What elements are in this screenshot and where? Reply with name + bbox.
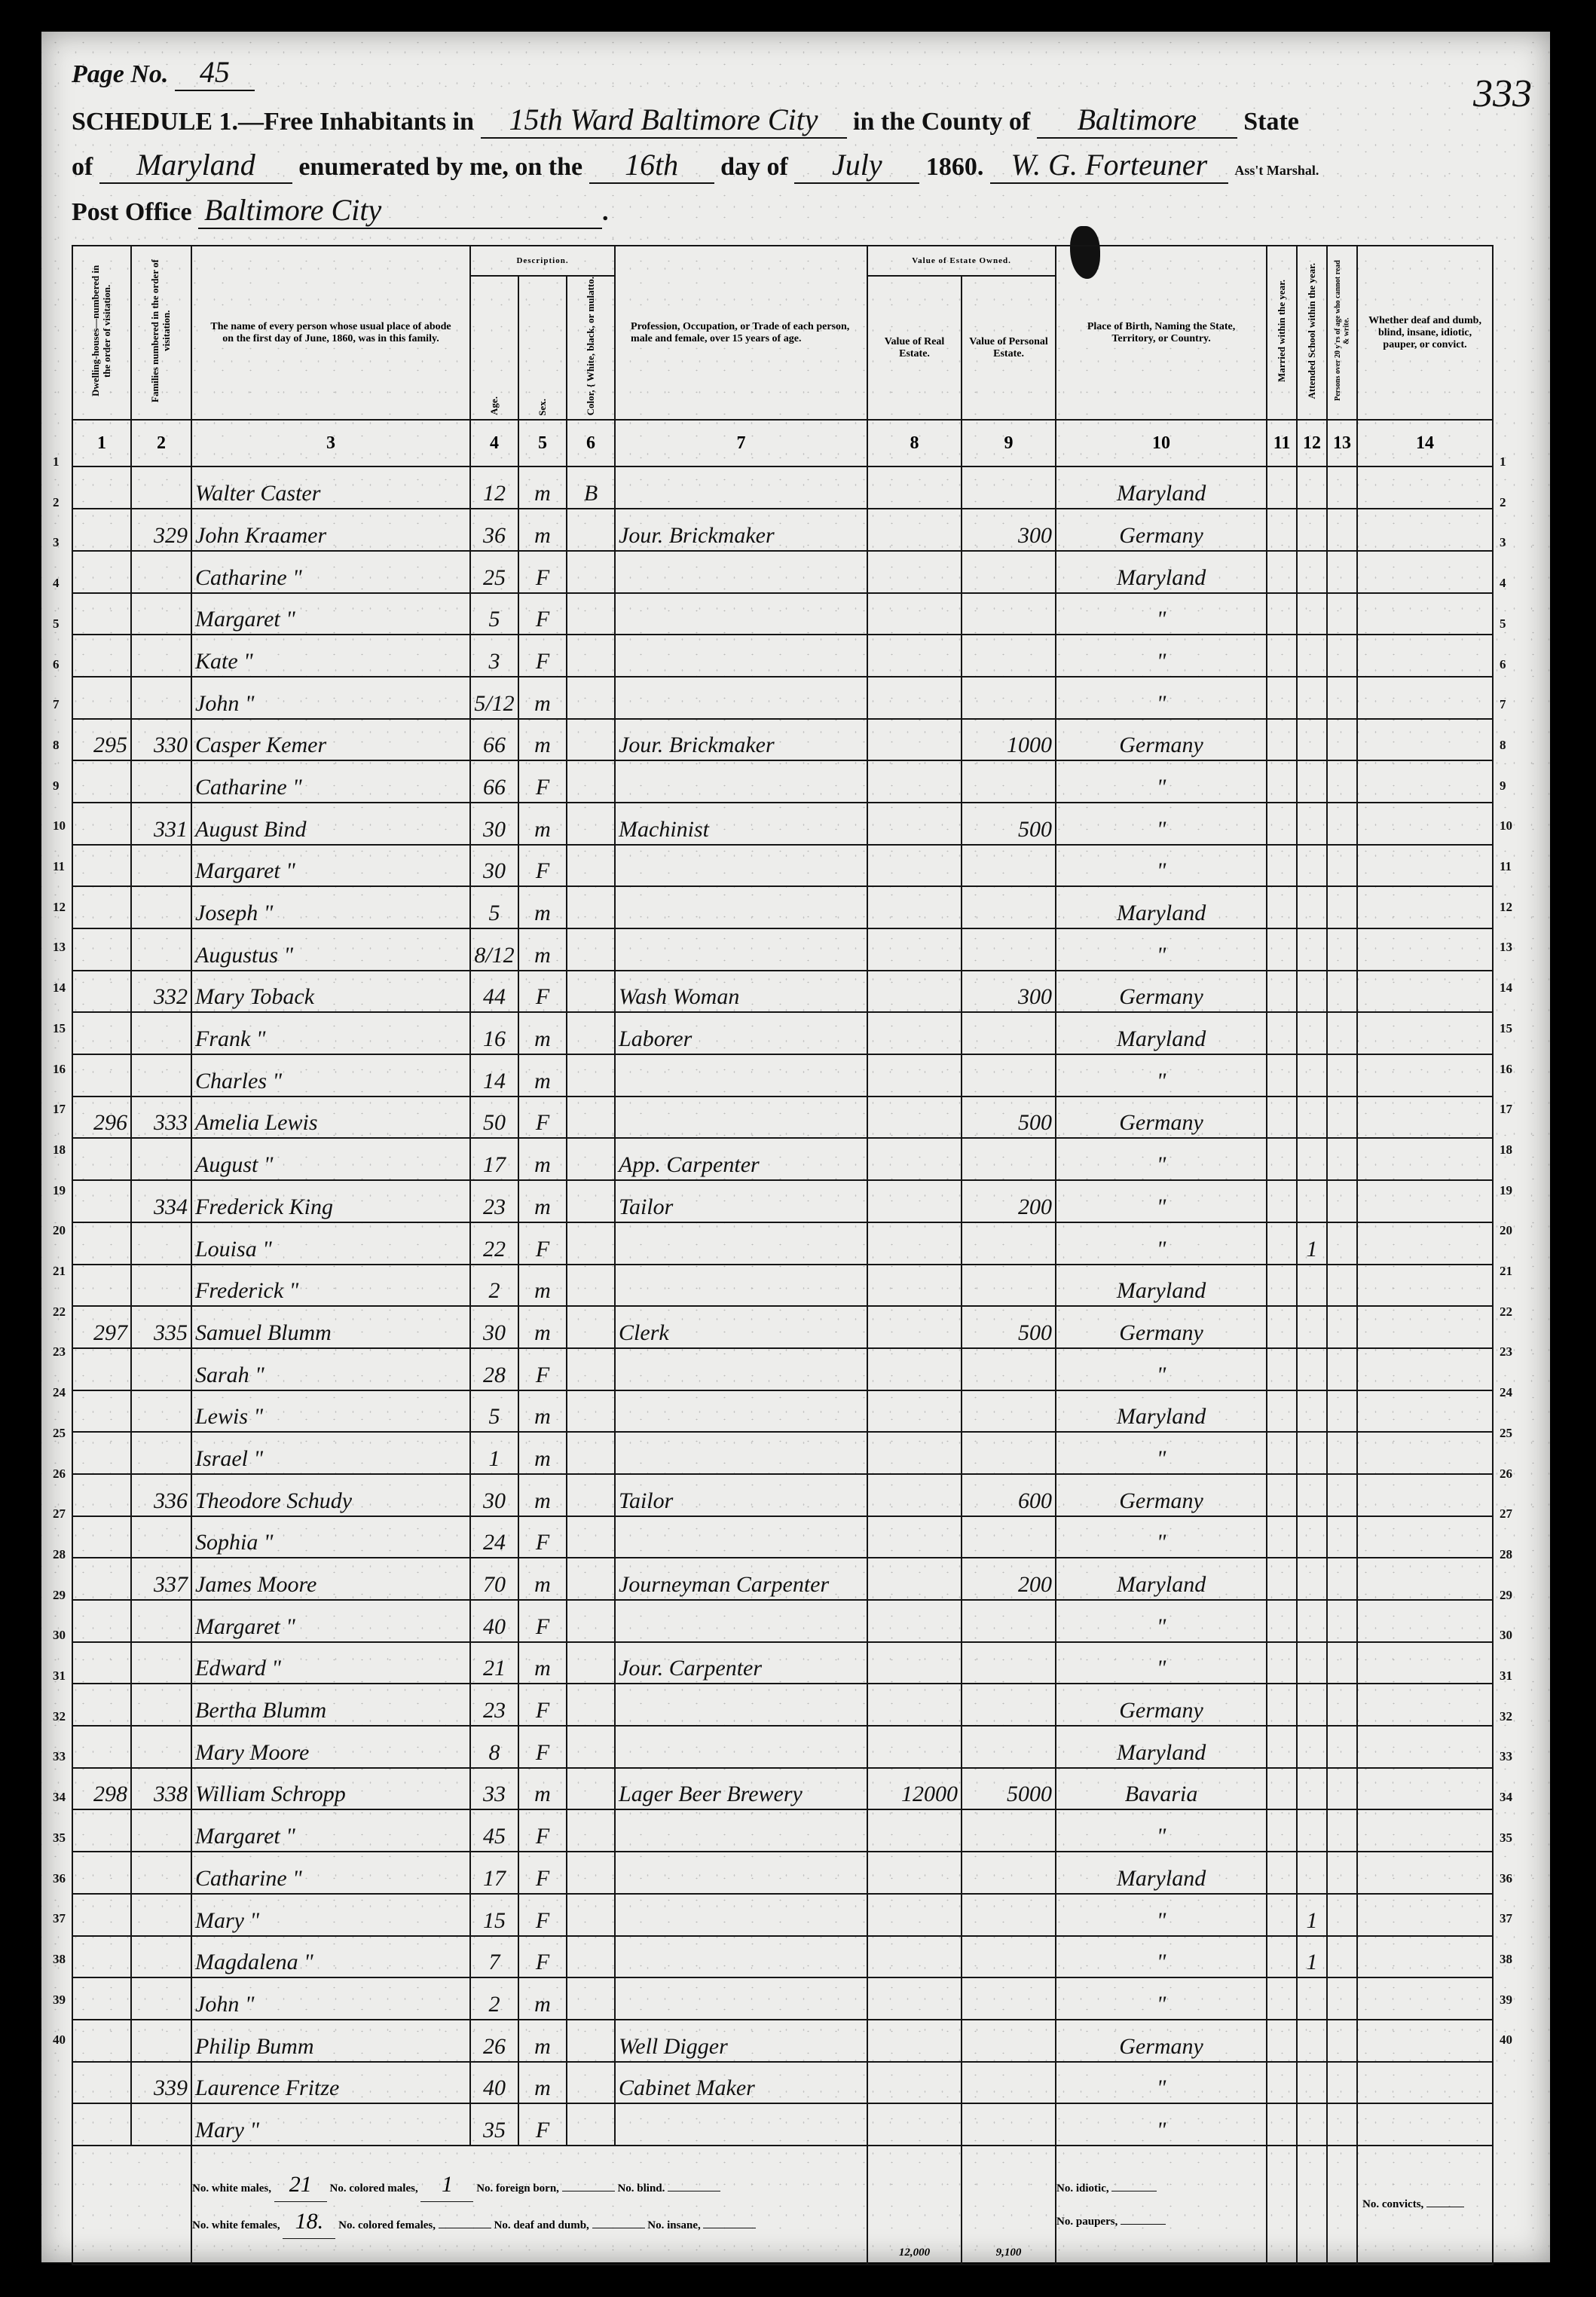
line-number-right: 14 (1500, 980, 1512, 996)
real-estate-value-cell (867, 719, 962, 761)
person-name-cell: Augustus " (191, 928, 470, 971)
occupation-cell: Jour. Brickmaker (615, 509, 867, 551)
dwelling-number-cell (72, 466, 131, 509)
line-number-right: 16 (1500, 1062, 1512, 1077)
line-number-right: 3 (1500, 535, 1506, 550)
married-within-year-cell (1267, 1054, 1297, 1097)
line-number-left: 6 (53, 657, 60, 672)
post-office-label: Post Office (72, 198, 192, 226)
family-number-cell (131, 2020, 191, 2062)
real-estate-value-cell (867, 466, 962, 509)
cannot-read-write-cell (1327, 2020, 1357, 2062)
white-males-count: 21 (274, 2168, 327, 2202)
attended-school-cell (1297, 635, 1327, 677)
col-number: 3 (191, 420, 470, 466)
sex-cell: F (518, 551, 567, 593)
birthplace-cell: Germany (1056, 1097, 1267, 1139)
real-estate-value-cell (867, 509, 962, 551)
col-number: 2 (131, 420, 191, 466)
personal-estate-value-cell (962, 886, 1056, 928)
real-estate-value-cell (867, 2020, 962, 2062)
condition-cell (1357, 1684, 1493, 1726)
birthplace-cell: " (1056, 1516, 1267, 1558)
census-table: Dwelling-houses—numbered in the order of… (72, 245, 1494, 2265)
line-number-left: 9 (53, 778, 60, 794)
state-field: Maryland (99, 147, 292, 184)
person-name-cell: Magdalena " (191, 1936, 470, 1978)
personal-estate-value-cell (962, 1684, 1056, 1726)
table-row: Louisa "22F"1 (72, 1222, 1493, 1265)
family-number-cell (131, 1054, 191, 1097)
color-cell (567, 551, 615, 593)
occupation-cell (615, 1600, 867, 1642)
attended-school-cell (1297, 677, 1327, 719)
family-number-cell: 329 (131, 509, 191, 551)
sex-cell: m (518, 1977, 567, 2020)
person-name-cell: Catharine " (191, 551, 470, 593)
table-row: Bertha Blumm23FGermany (72, 1684, 1493, 1726)
table-row: Joseph "5mMaryland (72, 886, 1493, 928)
birthplace-cell: Germany (1056, 1306, 1267, 1348)
family-number-cell (131, 635, 191, 677)
sex-cell: F (518, 1936, 567, 1978)
married-within-year-cell (1267, 886, 1297, 928)
married-within-year-cell (1267, 971, 1297, 1013)
county-field: Baltimore (1037, 102, 1237, 139)
col-number: 13 (1327, 420, 1357, 466)
family-number-cell (131, 1390, 191, 1433)
person-name-cell: Mary Moore (191, 1726, 470, 1768)
personal-estate-value-cell (962, 1348, 1056, 1390)
real-estate-value-cell (867, 1684, 962, 1726)
dwelling-number-cell (72, 1348, 131, 1390)
line-number-right: 32 (1500, 1709, 1512, 1724)
condition-cell (1357, 677, 1493, 719)
line-number-left: 5 (53, 616, 60, 632)
attended-school-cell (1297, 1306, 1327, 1348)
attended-school-cell: 1 (1297, 1894, 1327, 1936)
age-cell: 36 (470, 509, 518, 551)
age-cell: 16 (470, 1012, 518, 1054)
condition-cell (1357, 1390, 1493, 1433)
color-cell (567, 971, 615, 1013)
real-estate-value-cell (867, 760, 962, 803)
age-cell: 28 (470, 1348, 518, 1390)
line-number-right: 17 (1500, 1102, 1512, 1117)
age-cell: 30 (470, 845, 518, 887)
personal-estate-value-cell (962, 1600, 1056, 1642)
sex-cell: F (518, 1222, 567, 1265)
white-females-count: 18. (283, 2205, 335, 2239)
married-within-year-cell (1267, 466, 1297, 509)
condition-cell (1357, 1852, 1493, 1894)
schedule-line: SCHEDULE 1.—Free Inhabitants in 15th War… (72, 102, 1299, 139)
line-number-right: 40 (1500, 2032, 1512, 2048)
sex-cell: F (518, 2103, 567, 2146)
color-cell (567, 1097, 615, 1139)
family-number-cell (131, 928, 191, 971)
foreign-born-count (562, 2191, 615, 2191)
enumerated-label: enumerated by me, on the (298, 153, 582, 181)
color-cell (567, 2062, 615, 2104)
birthplace-cell: Maryland (1056, 1558, 1267, 1600)
condition-cell (1357, 845, 1493, 887)
real-estate-value-cell (867, 1012, 962, 1054)
personal-estate-value-cell (962, 2020, 1056, 2062)
table-row: 295330Casper Kemer66mJour. Brickmaker100… (72, 719, 1493, 761)
condition-cell (1357, 1265, 1493, 1307)
birthplace-cell: " (1056, 2062, 1267, 2104)
line-number-right: 33 (1500, 1749, 1512, 1764)
occupation-cell (615, 1054, 867, 1097)
line-number-right: 6 (1500, 657, 1506, 672)
cannot-read-write-cell (1327, 1768, 1357, 1810)
occupation-cell (615, 1390, 867, 1433)
family-number-cell (131, 1726, 191, 1768)
personal-estate-value-cell (962, 1054, 1056, 1097)
line-number-left: 11 (53, 859, 65, 874)
married-within-year-cell (1267, 509, 1297, 551)
real-estate-value-cell (867, 1558, 962, 1600)
dwelling-number-cell (72, 1600, 131, 1642)
birthplace-cell: Germany (1056, 1474, 1267, 1516)
color-cell (567, 1558, 615, 1600)
cannot-read-write-cell (1327, 1306, 1357, 1348)
person-name-cell: Lewis " (191, 1390, 470, 1433)
personal-estate-value-cell (962, 1809, 1056, 1852)
line-number-left: 36 (53, 1871, 66, 1886)
person-name-cell: Frank " (191, 1012, 470, 1054)
line-number-right: 24 (1500, 1385, 1512, 1400)
personal-estate-value-cell (962, 677, 1056, 719)
person-name-cell: Kate " (191, 635, 470, 677)
occupation-cell (615, 1936, 867, 1978)
birthplace-cell: " (1056, 1348, 1267, 1390)
cannot-read-write-cell (1327, 1348, 1357, 1390)
col-birthplace-header: Place of Birth, Naming the State, Territ… (1056, 246, 1267, 420)
col-number: 7 (615, 420, 867, 466)
col-number: 11 (1267, 420, 1297, 466)
color-cell (567, 845, 615, 887)
condition-cell (1357, 1558, 1493, 1600)
table-row: Israel "1m" (72, 1432, 1493, 1474)
insane-count (703, 2228, 756, 2228)
attended-school-cell (1297, 1977, 1327, 2020)
dwelling-number-cell (72, 593, 131, 635)
col-color-header: Color, { White, black, or mulatto. (567, 276, 615, 420)
married-within-year-cell (1267, 1726, 1297, 1768)
age-cell: 1 (470, 1432, 518, 1474)
birthplace-cell: " (1056, 803, 1267, 845)
table-row: Lewis "5mMaryland (72, 1390, 1493, 1433)
table-row: 337James Moore70mJourneyman Carpenter200… (72, 1558, 1493, 1600)
summary-idiotic-paupers: No. idiotic, No. paupers, (1056, 2146, 1267, 2265)
cannot-read-write-cell (1327, 1138, 1357, 1180)
dwelling-number-cell (72, 1222, 131, 1265)
occupation-cell: Well Digger (615, 2020, 867, 2062)
married-within-year-cell (1267, 1306, 1297, 1348)
dwelling-number-cell: 296 (72, 1097, 131, 1139)
age-cell: 40 (470, 1600, 518, 1642)
occupation-cell: Tailor (615, 1180, 867, 1222)
line-number-right: 25 (1500, 1426, 1512, 1441)
post-office-field: Baltimore City (198, 192, 602, 229)
occupation-cell: Machinist (615, 803, 867, 845)
birthplace-cell: " (1056, 1809, 1267, 1852)
col-number: 1 (72, 420, 131, 466)
married-within-year-cell (1267, 928, 1297, 971)
condition-cell (1357, 1432, 1493, 1474)
age-cell: 30 (470, 1306, 518, 1348)
occupation-cell (615, 466, 867, 509)
cannot-read-write-cell (1327, 2103, 1357, 2146)
table-row: Sophia "24F" (72, 1516, 1493, 1558)
real-estate-value-cell (867, 1054, 962, 1097)
line-number-right: 20 (1500, 1223, 1512, 1238)
occupation-cell (615, 928, 867, 971)
color-cell: B (567, 466, 615, 509)
color-cell (567, 1809, 615, 1852)
personal-estate-value-cell (962, 1977, 1056, 2020)
cannot-read-write-cell (1327, 1390, 1357, 1433)
birthplace-cell: " (1056, 1894, 1267, 1936)
family-number-cell: 331 (131, 803, 191, 845)
line-number-left: 14 (53, 980, 66, 996)
married-within-year-cell (1267, 1768, 1297, 1810)
dwelling-number-cell (72, 845, 131, 887)
sex-cell: F (518, 1726, 567, 1768)
col-age-header: Age. (470, 276, 518, 420)
birthplace-cell: " (1056, 2103, 1267, 2146)
color-cell (567, 1894, 615, 1936)
real-estate-value-cell (867, 677, 962, 719)
married-within-year-cell (1267, 1097, 1297, 1139)
family-number-cell (131, 1809, 191, 1852)
color-cell (567, 1852, 615, 1894)
deaf-dumb-count (592, 2228, 645, 2228)
person-name-cell: Margaret " (191, 1600, 470, 1642)
line-number-right: 7 (1500, 697, 1506, 712)
real-estate-value-cell (867, 1642, 962, 1684)
attended-school-cell (1297, 1809, 1327, 1852)
married-within-year-cell (1267, 1265, 1297, 1307)
cannot-read-write-cell (1327, 1809, 1357, 1852)
condition-cell (1357, 2103, 1493, 2146)
attended-school-cell (1297, 1348, 1327, 1390)
person-name-cell: Mary Toback (191, 971, 470, 1013)
married-within-year-cell (1267, 1390, 1297, 1433)
color-cell (567, 1348, 615, 1390)
table-row: Margaret "40F" (72, 1600, 1493, 1642)
occupation-cell (615, 1097, 867, 1139)
age-cell: 26 (470, 2020, 518, 2062)
married-within-year-cell (1267, 2062, 1297, 2104)
married-within-year-cell (1267, 1012, 1297, 1054)
real-estate-value-cell (867, 551, 962, 593)
occupation-cell: Cabinet Maker (615, 2062, 867, 2104)
cannot-read-write-cell (1327, 1726, 1357, 1768)
condition-cell (1357, 1054, 1493, 1097)
person-name-cell: August " (191, 1138, 470, 1180)
attended-school-cell (1297, 1852, 1327, 1894)
col-condition-header: Whether deaf and dumb, blind, insane, id… (1357, 246, 1493, 420)
personal-estate-value-cell: 500 (962, 803, 1056, 845)
condition-cell (1357, 1977, 1493, 2020)
age-cell: 7 (470, 1936, 518, 1978)
color-cell (567, 760, 615, 803)
cannot-read-write-cell (1327, 1180, 1357, 1222)
person-name-cell: Sarah " (191, 1348, 470, 1390)
dwelling-number-cell (72, 760, 131, 803)
person-name-cell: Mary " (191, 1894, 470, 1936)
occupation-cell (615, 1894, 867, 1936)
birthplace-cell: Germany (1056, 719, 1267, 761)
birthplace-cell: Maryland (1056, 466, 1267, 509)
occupation-cell (615, 1348, 867, 1390)
attended-school-cell (1297, 760, 1327, 803)
age-cell: 30 (470, 803, 518, 845)
age-cell: 17 (470, 1852, 518, 1894)
personal-estate-value-cell (962, 1726, 1056, 1768)
cannot-read-write-cell (1327, 845, 1357, 887)
line-number-right: 28 (1500, 1547, 1512, 1562)
birthplace-cell: " (1056, 635, 1267, 677)
age-cell: 8/12 (470, 928, 518, 971)
married-within-year-cell (1267, 635, 1297, 677)
married-within-year-cell (1267, 1809, 1297, 1852)
color-cell (567, 1684, 615, 1726)
family-number-cell (131, 1684, 191, 1726)
family-number-cell: 334 (131, 1180, 191, 1222)
day-field: 16th (589, 147, 714, 184)
condition-cell (1357, 719, 1493, 761)
line-number-left: 21 (53, 1264, 66, 1279)
dwelling-number-cell (72, 971, 131, 1013)
col-illiterate-header: Persons over 20 y'rs of age who cannot r… (1327, 246, 1357, 420)
occupation-cell (615, 1432, 867, 1474)
color-cell (567, 1474, 615, 1516)
age-cell: 44 (470, 971, 518, 1013)
personal-estate-value-cell (962, 1012, 1056, 1054)
attended-school-cell (1297, 551, 1327, 593)
family-number-cell: 332 (131, 971, 191, 1013)
color-cell (567, 1516, 615, 1558)
birthplace-cell: " (1056, 1222, 1267, 1265)
cannot-read-write-cell (1327, 1558, 1357, 1600)
summary-row: No. white males, 21 No. colored males, 1… (72, 2146, 1493, 2265)
occupation-cell (615, 593, 867, 635)
table-row: Catharine "25FMaryland (72, 551, 1493, 593)
col-personal-estate-header: Value of Personal Estate. (962, 276, 1056, 420)
column-number-row: 1 2 3 4 5 6 7 8 9 10 11 12 13 14 (72, 420, 1493, 466)
line-number-left: 26 (53, 1467, 66, 1482)
condition-cell (1357, 1516, 1493, 1558)
real-estate-value-cell (867, 845, 962, 887)
sex-cell: m (518, 886, 567, 928)
attended-school-cell (1297, 1432, 1327, 1474)
person-name-cell: John " (191, 677, 470, 719)
dwelling-number-cell (72, 1809, 131, 1852)
married-within-year-cell (1267, 1516, 1297, 1558)
occupation-cell (615, 1222, 867, 1265)
personal-estate-value-cell (962, 1265, 1056, 1307)
marshal-label: Ass't Marshal. (1234, 163, 1319, 178)
age-cell: 35 (470, 2103, 518, 2146)
dwelling-number-cell (72, 1516, 131, 1558)
sex-cell: F (518, 1809, 567, 1852)
personal-estate-value-cell: 300 (962, 971, 1056, 1013)
person-name-cell: Margaret " (191, 1809, 470, 1852)
color-cell (567, 1222, 615, 1265)
color-cell (567, 1642, 615, 1684)
table-row: 332Mary Toback44FWash Woman300Germany (72, 971, 1493, 1013)
person-name-cell: Israel " (191, 1432, 470, 1474)
line-number-left: 31 (53, 1668, 66, 1684)
table-row: 334Frederick King23mTailor200" (72, 1180, 1493, 1222)
cannot-read-write-cell (1327, 1054, 1357, 1097)
sex-cell: m (518, 928, 567, 971)
sex-cell: m (518, 719, 567, 761)
line-number-left: 7 (53, 697, 60, 712)
condition-cell (1357, 551, 1493, 593)
color-cell (567, 1600, 615, 1642)
sex-cell: F (518, 593, 567, 635)
summary-convicts: No. convicts, (1357, 2146, 1493, 2265)
marshal-signature: W. G. Forteuner (990, 147, 1228, 184)
attended-school-cell (1297, 1600, 1327, 1642)
married-within-year-cell (1267, 1684, 1297, 1726)
real-estate-value-cell (867, 1936, 962, 1978)
summary-counts: No. white males, 21 No. colored males, 1… (191, 2146, 867, 2265)
cannot-read-write-cell (1327, 1012, 1357, 1054)
sex-cell: F (518, 760, 567, 803)
line-number-right: 18 (1500, 1142, 1512, 1158)
birthplace-cell: " (1056, 760, 1267, 803)
dwelling-number-cell (72, 886, 131, 928)
dwelling-number-cell (72, 1265, 131, 1307)
line-number-right: 12 (1500, 900, 1512, 915)
condition-cell (1357, 1642, 1493, 1684)
dwelling-number-cell (72, 551, 131, 593)
col-number: 14 (1357, 420, 1493, 466)
line-number-left: 18 (53, 1142, 66, 1158)
col-dwelling-header: Dwelling-houses—numbered in the order of… (72, 246, 131, 420)
condition-cell (1357, 1348, 1493, 1390)
real-estate-value-cell (867, 1180, 962, 1222)
sex-cell: m (518, 1390, 567, 1433)
birthplace-cell: " (1056, 593, 1267, 635)
year: 1860. (926, 153, 984, 181)
real-estate-value-cell (867, 1138, 962, 1180)
colored-males-count: 1 (420, 2168, 473, 2202)
line-number-right: 8 (1500, 738, 1506, 753)
line-number-left: 33 (53, 1749, 66, 1764)
occupation-cell: Clerk (615, 1306, 867, 1348)
cannot-read-write-cell (1327, 2062, 1357, 2104)
table-row: John "2m" (72, 1977, 1493, 2020)
married-within-year-cell (1267, 1558, 1297, 1600)
color-cell (567, 928, 615, 971)
personal-estate-value-cell (962, 1138, 1056, 1180)
age-cell: 23 (470, 1180, 518, 1222)
line-number-right: 11 (1500, 859, 1512, 874)
col-number: 4 (470, 420, 518, 466)
personal-estate-value-cell (962, 551, 1056, 593)
occupation-cell (615, 635, 867, 677)
family-number-cell (131, 1012, 191, 1054)
sex-cell: m (518, 1642, 567, 1684)
table-row: Margaret "30F" (72, 845, 1493, 887)
